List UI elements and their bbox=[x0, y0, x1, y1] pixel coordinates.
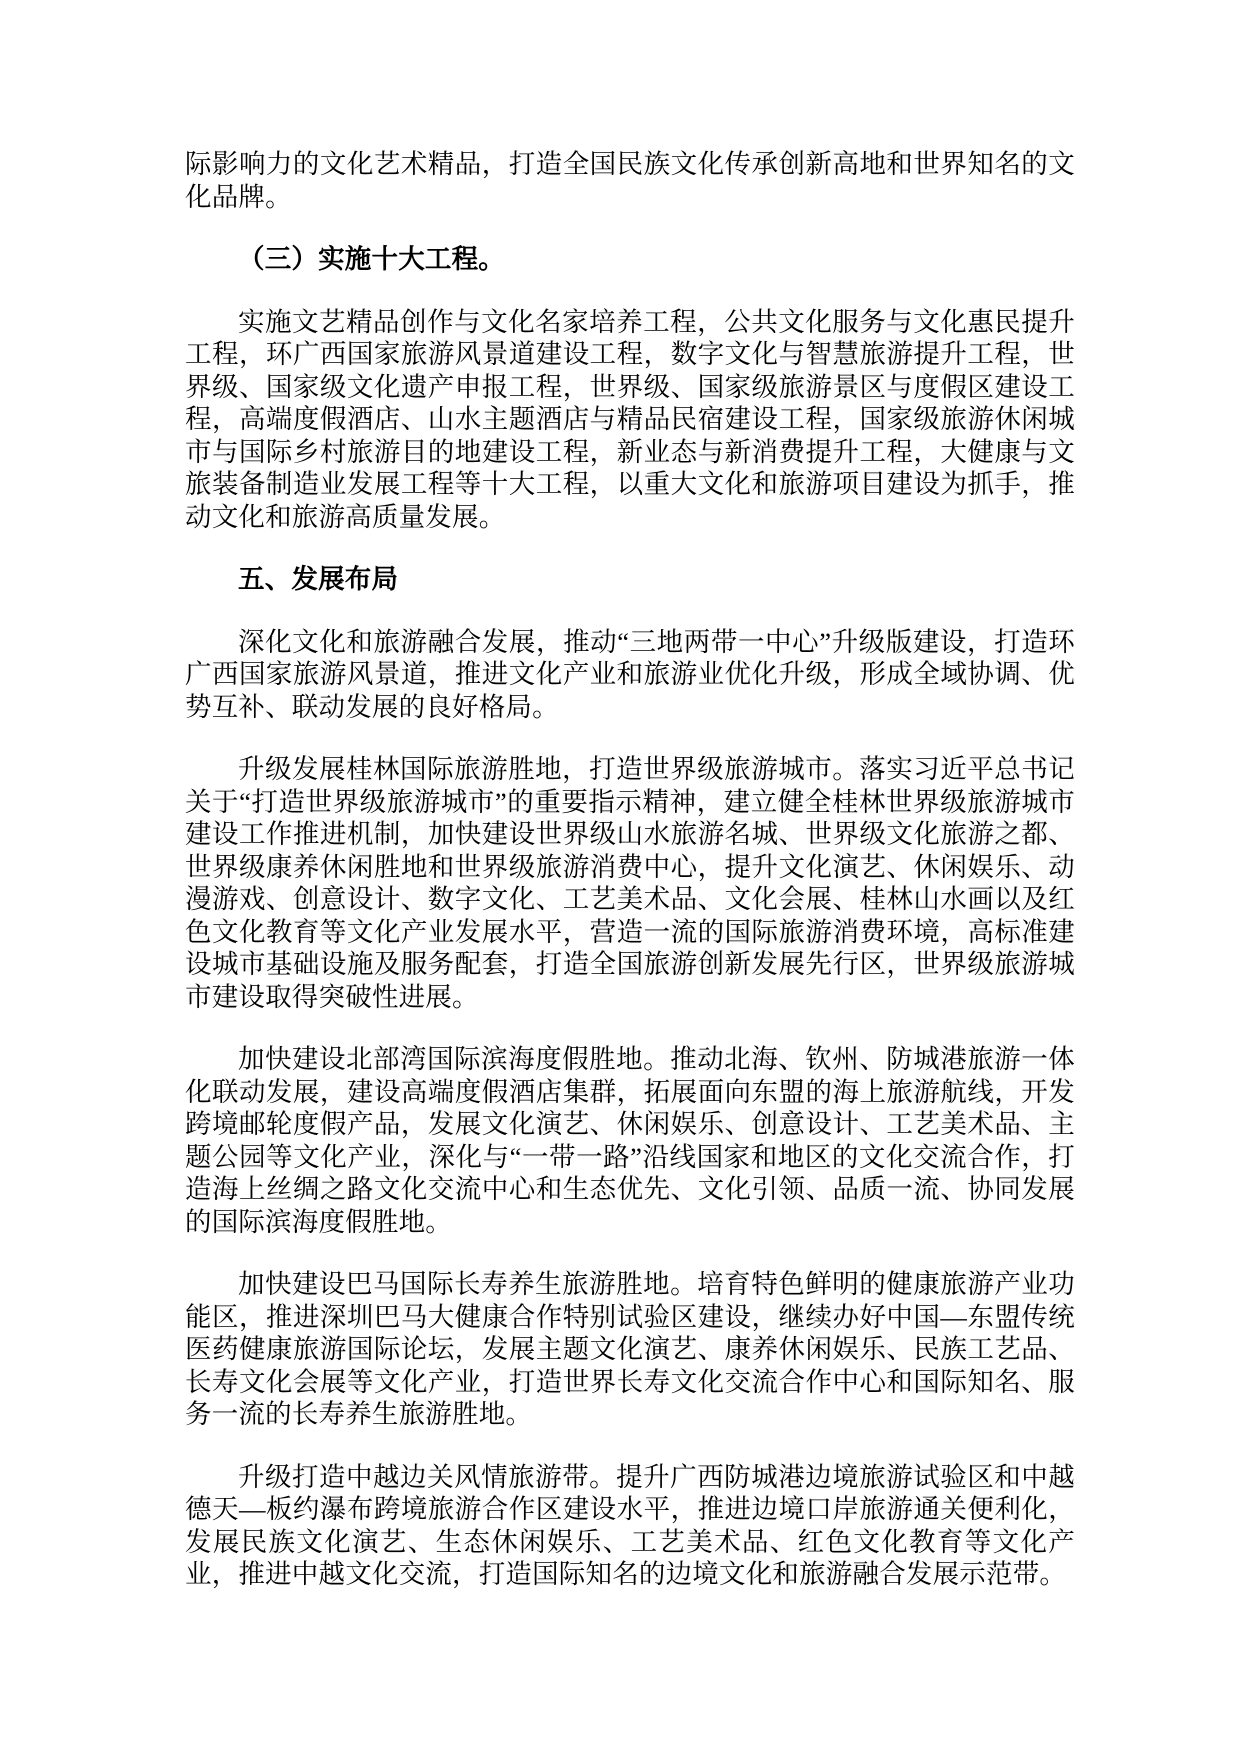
document-paragraph: 深化文化和旅游融合发展，推动“三地两带一中心”升级版建设，打造环广西国家旅游风景… bbox=[185, 626, 1075, 724]
document-paragraph: 实施文艺精品创作与文化名家培养工程，公共文化服务与文化惠民提升工程，环广西国家旅… bbox=[185, 306, 1075, 534]
document-paragraph: 际影响力的文化艺术精品，打造全国民族文化传承创新高地和世界知名的文化品牌。 bbox=[185, 148, 1075, 213]
document-paragraph: 升级发展桂林国际旅游胜地，打造世界级旅游城市。落实习近平总书记关于“打造世界级旅… bbox=[185, 753, 1075, 1013]
section-heading: （三）实施十大工程。 bbox=[185, 243, 1075, 276]
document-paragraph: 升级打造中越边关风情旅游带。提升广西防城港边境旅游试验区和中越德天—板约瀑布跨境… bbox=[185, 1461, 1075, 1591]
document-paragraph: 加快建设巴马国际长寿养生旅游胜地。培育特色鲜明的健康旅游产业功能区，推进深圳巴马… bbox=[185, 1268, 1075, 1431]
document-page: 际影响力的文化艺术精品，打造全国民族文化传承创新高地和世界知名的文化品牌。（三）… bbox=[0, 0, 1241, 1755]
document-body: 际影响力的文化艺术精品，打造全国民族文化传承创新高地和世界知名的文化品牌。（三）… bbox=[185, 148, 1075, 1621]
section-heading: 五、发展布局 bbox=[185, 563, 1075, 596]
document-paragraph: 加快建设北部湾国际滨海度假胜地。推动北海、钦州、防城港旅游一体化联动发展，建设高… bbox=[185, 1043, 1075, 1238]
